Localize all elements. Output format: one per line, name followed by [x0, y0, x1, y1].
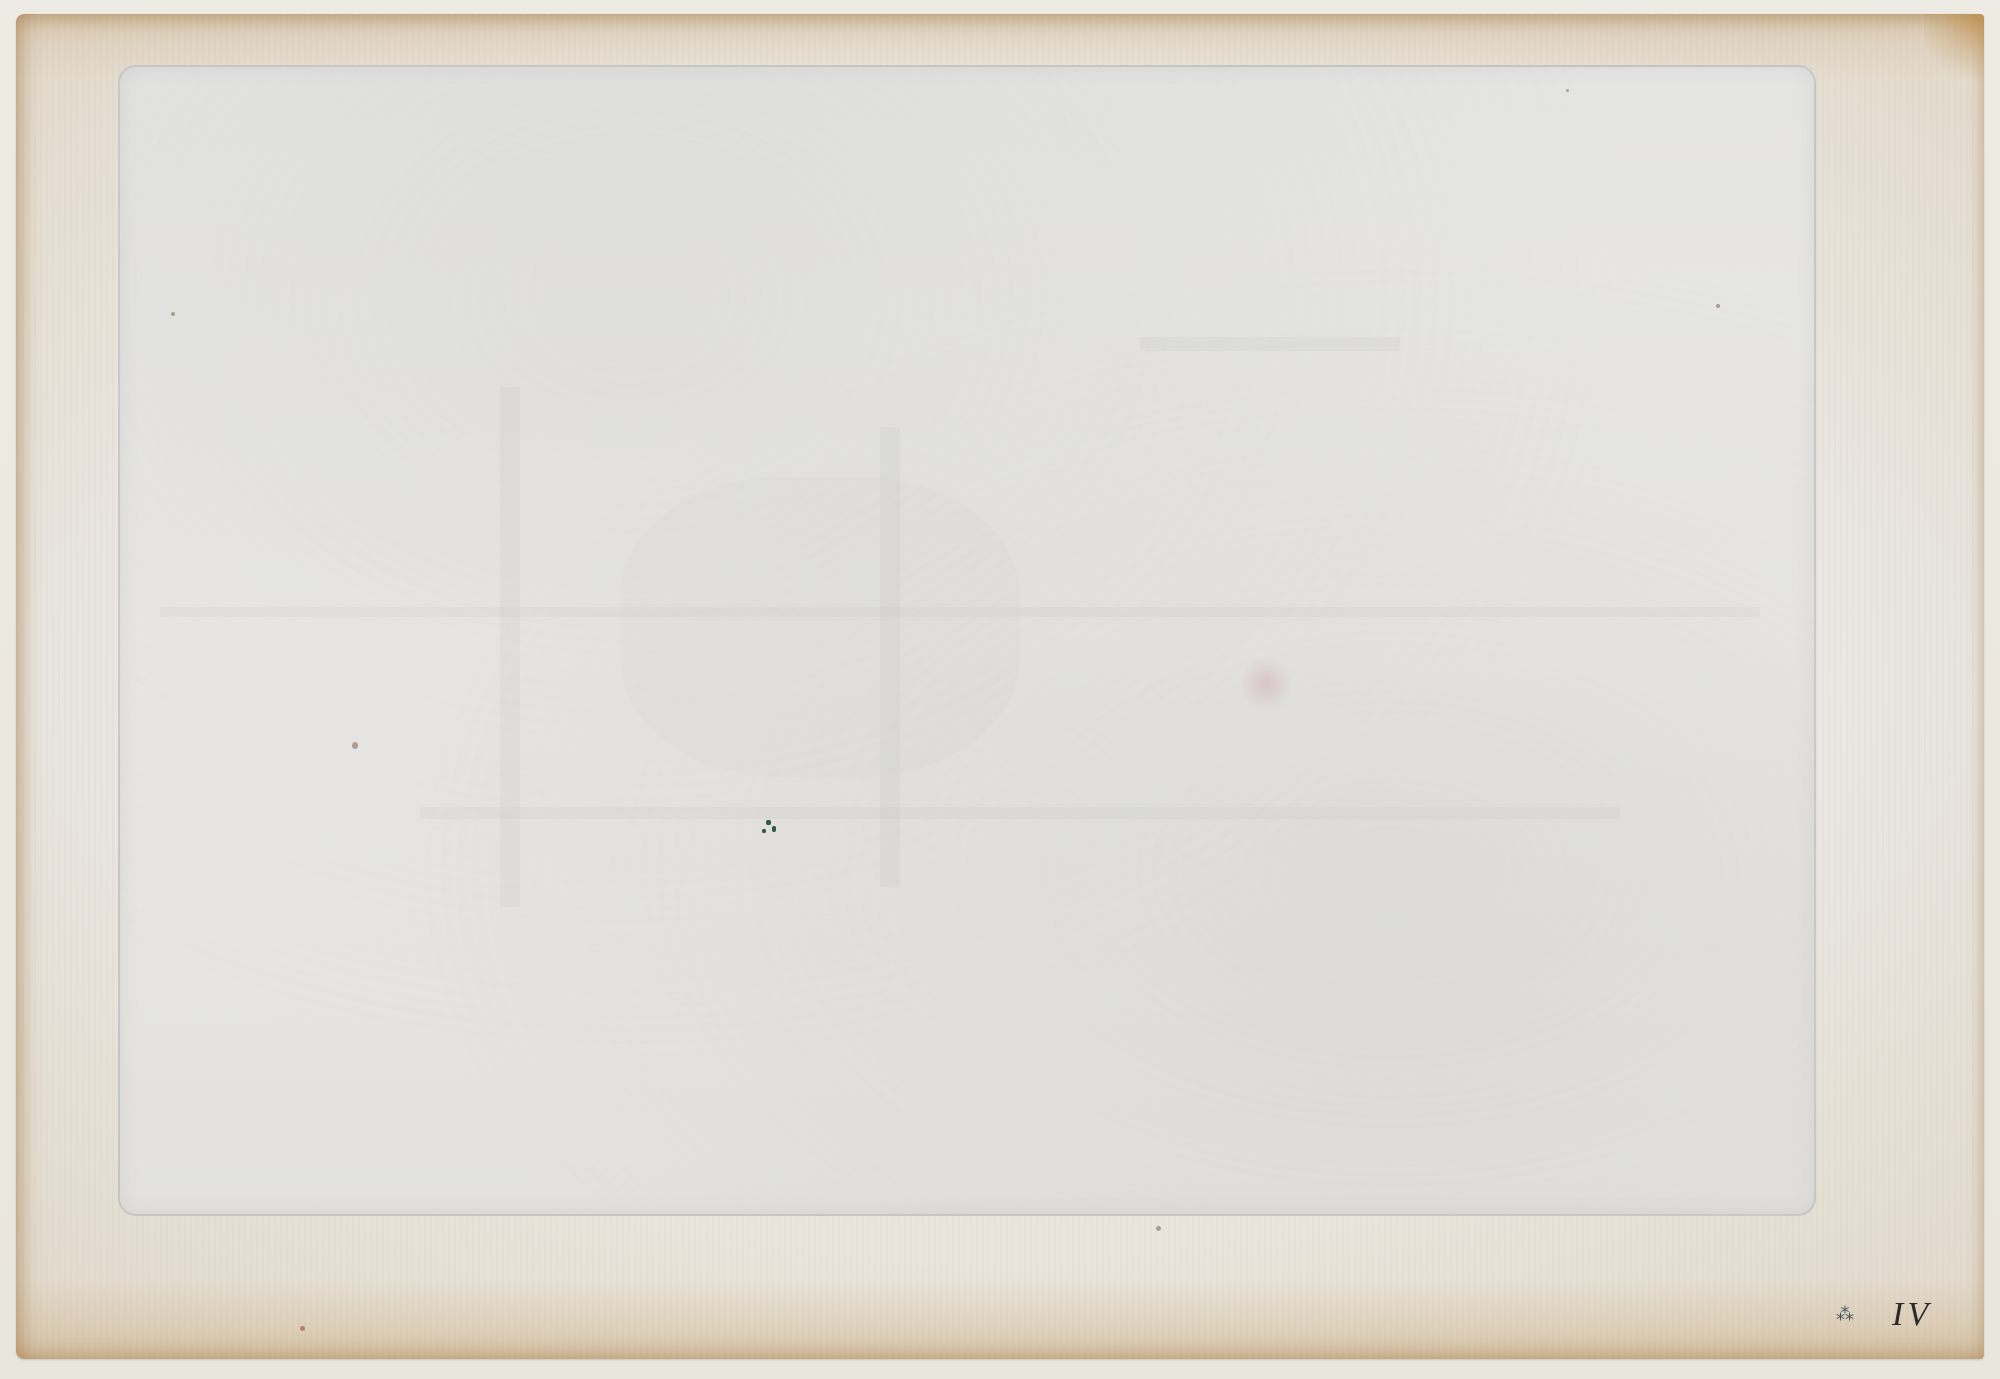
show-through-shadow [500, 387, 520, 907]
show-through-shadow [620, 477, 1020, 777]
show-through-shadow [1140, 337, 1400, 351]
foxing-spot [1156, 1226, 1161, 1231]
green-ink-speck [766, 820, 771, 825]
pencil-mark: ⁂ [1836, 1304, 1854, 1325]
handwritten-inscription: IV [1892, 1296, 1932, 1334]
paper-sheet: ⁂ [16, 14, 1984, 1359]
foxing-spot [300, 1326, 305, 1331]
foxing-spot [352, 742, 358, 749]
plate-mark-impression [118, 65, 1816, 1216]
foxing-spot [1566, 89, 1569, 92]
green-ink-speck [772, 826, 776, 832]
show-through-shadow [420, 807, 1620, 819]
corner-stain [1924, 14, 1984, 84]
green-ink-speck [762, 829, 766, 833]
foxing-spot [171, 312, 175, 316]
foxing-spot [1716, 304, 1720, 308]
pink-stain [1241, 654, 1291, 714]
